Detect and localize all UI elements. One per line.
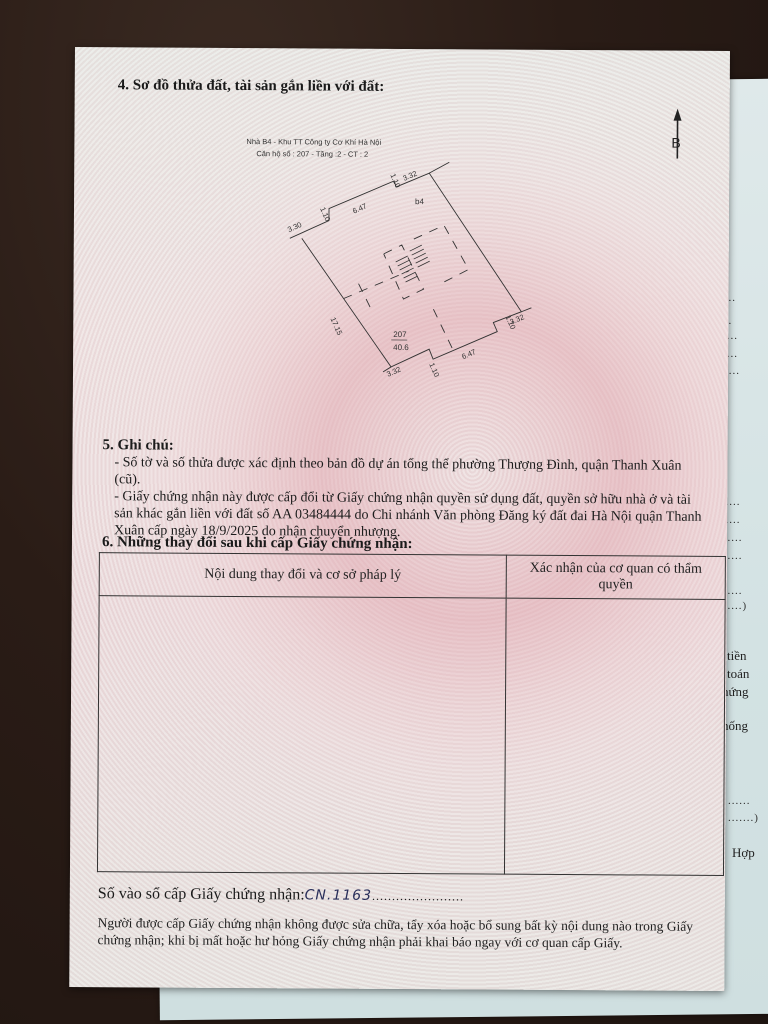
section-6-title: 6. Những thay đổi sau khi cấp Giấy chứng… [102, 534, 413, 553]
svg-text:17.15: 17.15 [329, 316, 345, 337]
column-header-authority: Xác nhận của cơ quan có thẩm quyền [506, 555, 725, 599]
registry-dots: ....................... [372, 889, 464, 904]
certificate-page: 4. Sơ đồ thửa đất, tài sản gắn liền với … [69, 47, 730, 991]
svg-text:6.47: 6.47 [351, 201, 368, 215]
svg-text:40.6: 40.6 [393, 343, 409, 352]
registry-number-handwritten: CN.1163 [305, 887, 372, 903]
changes-table: Nội dung thay đổi và cơ sở pháp lý Xác n… [97, 552, 726, 876]
back-dots: ...... [728, 795, 751, 807]
floor-plan-diagram: 6.47 3.32 1.10 1.10 3.30 17.15 1.10 3.32… [283, 158, 545, 410]
back-fragment: tiền [727, 648, 747, 664]
plan-caption-apartment: Căn hộ số : 207 - Tầng :2 - CT : 2 [256, 149, 368, 159]
svg-text:3.32: 3.32 [385, 365, 402, 379]
svg-text:3.32: 3.32 [401, 169, 418, 183]
section-4-title: 4. Sơ đồ thửa đất, tài sản gắn liền với … [118, 77, 385, 96]
table-cell-content [97, 596, 506, 874]
svg-text:b4: b4 [415, 197, 425, 206]
north-label: B [671, 135, 680, 151]
note-item: - Số tờ và số thửa được xác định theo bả… [102, 454, 702, 492]
back-fragment: toán [727, 666, 749, 682]
back-dots: .......) [728, 812, 759, 824]
svg-text:207: 207 [393, 330, 407, 339]
plan-caption-building: Nhà B4 - Khu TT Công ty Cơ Khí Hà Nội [246, 137, 381, 147]
warning-notice: Người được cấp Giấy chứng nhận không đượ… [97, 914, 697, 952]
registry-label: Số vào sổ cấp Giấy chứng nhận: [98, 885, 305, 903]
column-header-content: Nội dung thay đổi và cơ sở pháp lý [99, 553, 506, 598]
back-fragment: Hợp [732, 845, 755, 861]
table-cell-authority [504, 598, 725, 875]
svg-text:3.30: 3.30 [286, 220, 303, 234]
svg-text:6.47: 6.47 [460, 347, 477, 361]
svg-text:1.10: 1.10 [427, 361, 441, 378]
registry-line: Số vào sổ cấp Giấy chứng nhận:CN.1163...… [98, 885, 464, 905]
table-row [97, 596, 725, 876]
notes-section: 5. Ghi chú: - Số tờ và số thửa được xác … [102, 437, 703, 543]
